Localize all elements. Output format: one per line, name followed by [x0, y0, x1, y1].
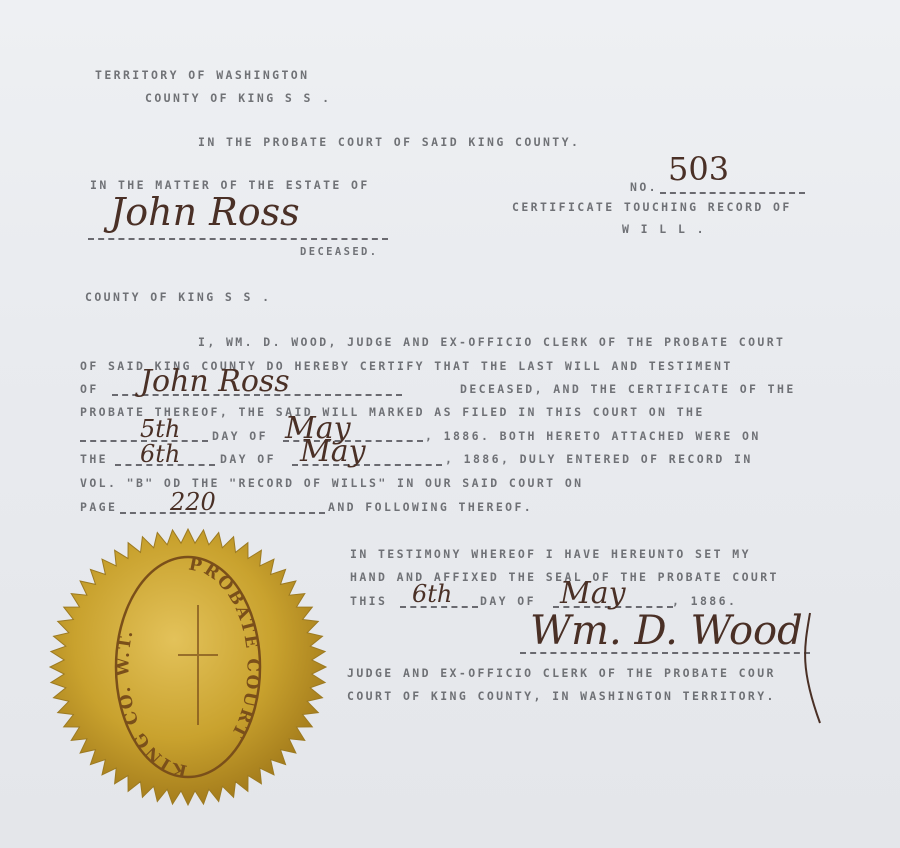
judge-signature: Wm. D. Wood [530, 608, 803, 654]
county-ss-body: COUNTY OF KING S S . [85, 290, 271, 304]
body-line-5-mid: DAY OF [212, 429, 268, 443]
recorded-day-handwritten: 6th [140, 440, 180, 468]
body-line-8-suffix: AND FOLLOWING THEREOF. [328, 500, 533, 514]
deceased-name-handwritten: John Ross [110, 190, 300, 234]
testimony-line-3-mid: DAY OF [480, 594, 536, 608]
deceased-label: DECEASED. [300, 246, 379, 258]
body-line-7: VOL. "B" OD THE "RECORD OF WILLS" IN OUR… [80, 476, 583, 490]
case-number-handwritten: 503 [668, 150, 729, 188]
filed-day-handwritten: 5th [140, 415, 180, 443]
body-line-3-prefix: OF [80, 382, 99, 396]
number-underline [660, 192, 805, 194]
testimony-line-1: IN TESTIMONY WHEREOF I HAVE HEREUNTO SET… [350, 547, 751, 561]
page-number-handwritten: 220 [170, 488, 216, 516]
testator-name-handwritten: John Ross [140, 364, 290, 399]
signature-title-1: JUDGE AND EX-OFFICIO CLERK OF THE PROBAT… [347, 666, 776, 680]
signature-flourish [790, 608, 830, 728]
body-line-5-suffix: , 1886. BOTH HERETO ATTACHED WERE ON [425, 429, 761, 443]
signature-title-2: COURT OF KING COUNTY, IN WASHINGTON TERR… [347, 689, 776, 703]
name-underline [88, 238, 388, 240]
testimony-day-handwritten: 6th [412, 580, 452, 608]
body-line-6-suffix: , 1886, DULY ENTERED OF RECORD IN [445, 452, 753, 466]
territory-heading: TERRITORY OF WASHINGTON [95, 68, 309, 82]
testimony-year: , 1886. [672, 594, 737, 608]
body-line-1: I, WM. D. WOOD, JUDGE AND EX-OFFICIO CLE… [198, 335, 785, 349]
county-ss-heading: COUNTY OF KING S S . [145, 91, 331, 105]
body-line-6-prefix: THE [80, 452, 108, 466]
number-label: NO. [630, 180, 658, 194]
testimony-line-3-prefix: THIS [350, 594, 387, 608]
page-underline [120, 512, 325, 514]
court-heading: IN THE PROBATE COURT OF SAID KING COUNTY… [198, 135, 580, 149]
body-line-8-prefix: PAGE [80, 500, 117, 514]
body-line-3-suffix: DECEASED, AND THE CERTIFICATE OF THE [460, 382, 796, 396]
recorded-month-handwritten: May [300, 434, 366, 469]
testimony-month-handwritten: May [560, 576, 626, 611]
certificate-title-2: W I L L . [622, 222, 706, 236]
body-line-6-mid: DAY OF [220, 452, 276, 466]
probate-court-gold-seal: PROBATE COURT KING CO. W.T. [48, 525, 328, 810]
certificate-title-1: CERTIFICATE TOUCHING RECORD OF [512, 200, 792, 214]
